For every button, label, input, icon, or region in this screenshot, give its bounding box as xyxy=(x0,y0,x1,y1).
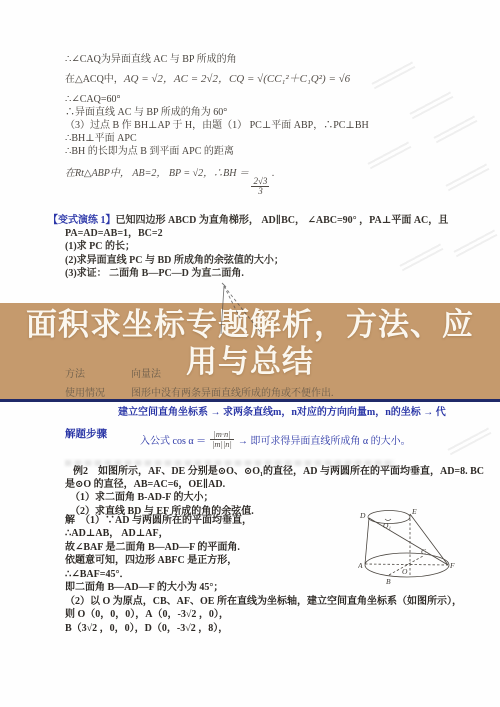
solution-line: ∴BH 的长即为点 B 到平面 APC 的距离 xyxy=(65,145,485,158)
figure-label-e: E xyxy=(411,507,417,516)
figure-label-b: B xyxy=(386,577,391,586)
example2-line1: 例2 如图所示，AF、DE 分别是⊙O、⊙O₁的直径，AD 与两圆所在的平面均垂… xyxy=(65,465,485,478)
solution-line: （3）过点 B 作 BH⊥AP 于 H，由题（1） PC⊥平面 ABP，∴PC⊥… xyxy=(65,119,485,132)
banner-title-line2: 用与总结 xyxy=(0,343,500,380)
solution2-line: B（3√2 ，0，0），D（0，-3√2 ，8）， xyxy=(65,622,485,635)
solution-flow-line: 建立空间直角坐标系 → 求两条直线m，n对应的方向向量m，n的坐标 → 代 xyxy=(118,403,488,418)
watermark xyxy=(447,426,492,456)
drill-label: 【变式演练 1】 xyxy=(48,215,116,226)
fraction: 2√33 xyxy=(251,177,269,197)
drill-exercise-block: 【变式演练 1】已知四边形 ABCD 为直角梯形， AD∥BC， ∠ABC=90… xyxy=(48,214,478,280)
solution-line: ∴BH⊥平面 APC xyxy=(65,132,485,145)
solution-formula-line: 在△ACQ中，AQ = √2，AC = 2√2，CQ = √(CC₁²＋C₁Q²… xyxy=(65,73,485,86)
scanned-math-document-page: ∴∠CAQ为异面直线 AC 与 BP 所成的角 在△ACQ中，AQ = √2，A… xyxy=(0,0,500,707)
example2-line2: 是⊙O 的直径，AB=AC=6，OE∥AD. xyxy=(65,478,485,491)
solution2-line: 则 O（0，0，0），A（0，-3√2 ，0）， xyxy=(65,608,485,621)
solution-formula-line: 在Rt△ABP中， AB=2， BP = √2，∴BH ＝ 2√33 . xyxy=(65,167,485,197)
solution-line: ∴∠CAQ为异面直线 AC 与 BP 所成的角 xyxy=(65,53,485,66)
example2-item1: （1）求二面角 B-AD-F 的大小； xyxy=(65,491,485,504)
figure-label-d: D xyxy=(359,511,366,520)
drill-item-1: (1)求 PC 的长； xyxy=(48,240,478,253)
drill-given: PA=AD=AB=1，BC=2 xyxy=(48,227,478,240)
figure-label-a: A xyxy=(358,561,363,570)
drill-intro-line: 【变式演练 1】已知四边形 ABCD 为直角梯形， AD∥BC， ∠ABC=90… xyxy=(48,214,478,227)
pyramid-figure-tip xyxy=(210,278,270,338)
fraction: |m·n||m||n| xyxy=(210,430,234,449)
math-expression: AQ = √2，AC = 2√2，CQ = √(CC₁²＋C₁Q²) = √6 xyxy=(124,73,350,85)
steps-heading: 解题步骤 xyxy=(65,426,107,441)
solution-block-top: ∴∠CAQ为异面直线 AC 与 BP 所成的角 在△ACQ中，AQ = √2，A… xyxy=(65,53,485,197)
usage-row-value: 图形中没有两条异面直线所成的角或不便作出. xyxy=(131,384,334,399)
figure-label-o1: O₁ xyxy=(383,521,391,530)
geometry-figure-two-circles: D E O₁ A B C O F xyxy=(358,506,458,586)
cosine-formula-row: 入公式 cos α ＝ |m·n||m||n| → 即可求得异面直线所成角 α … xyxy=(140,430,411,449)
figure-label-o: O xyxy=(402,567,408,576)
solution2-line: （2）以 O 为原点，CB、AF、OE 所在直线为坐标轴，建立空间直角坐标系（如… xyxy=(65,595,485,608)
usage-row-label: 使用情况 xyxy=(65,384,105,399)
figure-label-f: F xyxy=(449,561,455,570)
